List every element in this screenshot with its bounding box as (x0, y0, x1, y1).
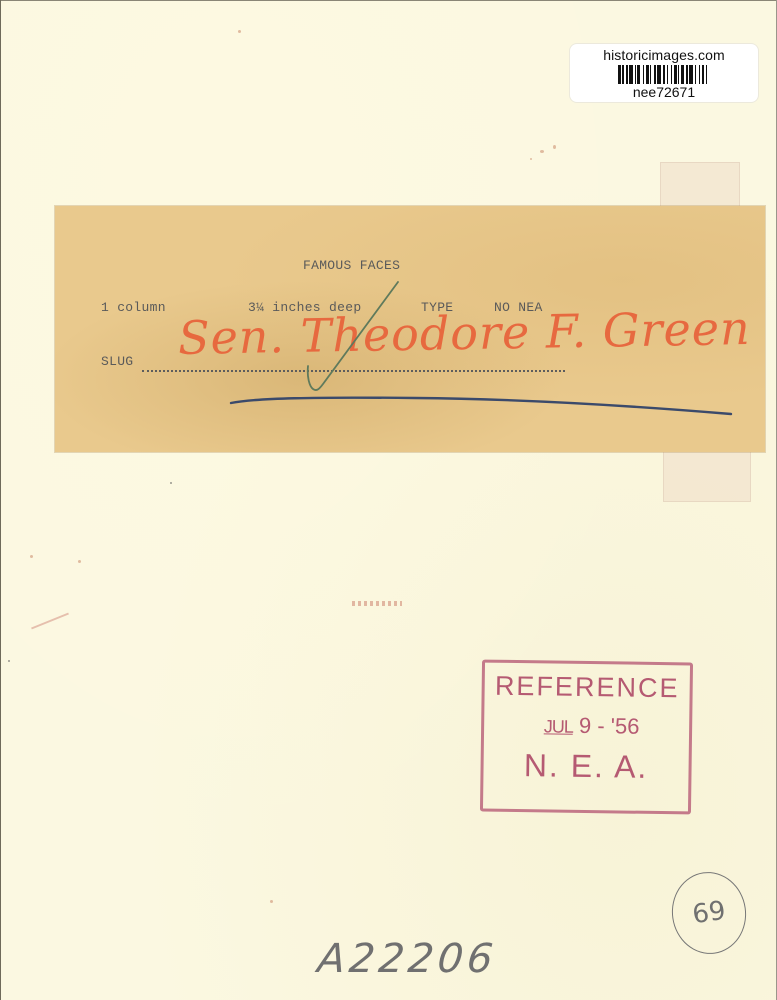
barcode-bar (707, 65, 710, 84)
label-site-name: historicimages.com (570, 47, 758, 63)
faint-stamp-residue (352, 601, 402, 606)
photo-back-paper: historicimages.com nee72671 FAMOUS FACES… (0, 0, 777, 1000)
archive-number: A22206 (316, 936, 499, 982)
stamp-title: REFERENCE (484, 671, 689, 704)
pen-marks-layer (55, 206, 765, 452)
barcode-icon (600, 65, 728, 84)
underline-stroke (231, 398, 731, 414)
check-mark-icon (308, 282, 398, 390)
rust-streak (31, 613, 69, 630)
stamp-day-year: 9 - '56 (579, 713, 640, 739)
tape-bottom (663, 448, 751, 502)
stain-speck (78, 560, 81, 563)
stain-speck (238, 30, 241, 33)
stain-speck (8, 660, 10, 662)
stain-speck (170, 482, 172, 484)
circled-note-text: 69 (691, 896, 728, 930)
tape-top (660, 162, 740, 210)
stamp-month: JUL (544, 716, 573, 736)
barcode-label: historicimages.com nee72671 (570, 44, 758, 102)
reference-stamp: REFERENCE JUL 9 - '56 N. E. A. (480, 660, 693, 815)
slug-clipping: FAMOUS FACES 1 column 3¼ inches deep TYP… (55, 206, 765, 452)
circled-pencil-note: 69 (667, 867, 752, 959)
stamp-date: JUL 9 - '56 (484, 713, 689, 741)
stain-speck (530, 158, 532, 160)
stain-speck (540, 150, 544, 153)
stain-speck (553, 145, 556, 149)
stamp-organization: N. E. A. (483, 748, 688, 785)
stain-speck (270, 900, 273, 903)
label-image-id: nee72671 (570, 84, 758, 100)
stain-speck (30, 555, 33, 558)
